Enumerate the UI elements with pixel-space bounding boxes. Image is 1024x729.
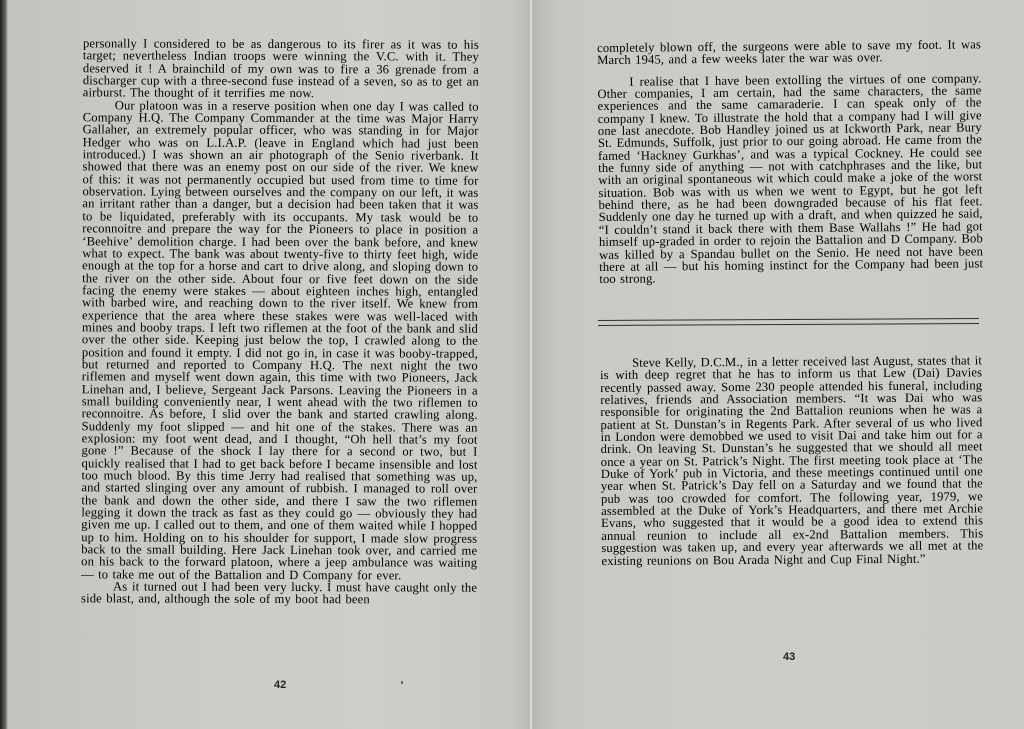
paragraph: completely blown off, the surgeons were … [597,38,981,66]
page-number-right: 43 [783,651,795,663]
paragraph: Our platoon was in a reserve position wh… [81,99,479,582]
booklet-spread: personally I considered to be as dangero… [0,0,1024,729]
paragraph: I realise that I have been extolling the… [597,72,983,286]
right-page-body-section-1: completely blown off, the surgeons were … [597,38,983,285]
right-page-body-section-2: Steve Kelly, D.C.M., in a letter receive… [600,354,983,567]
left-page-body: personally I considered to be as dangero… [81,37,479,606]
paper-speck [401,681,403,684]
page-number-left: 42 [274,679,286,691]
paragraph: As it turned out I had been very lucky. … [81,580,477,606]
book-gutter [529,0,533,729]
paragraph: Steve Kelly, D.C.M., in a letter receive… [600,354,983,567]
paragraph: personally I considered to be as dangero… [83,37,479,100]
page-edge-shadow [0,0,8,729]
